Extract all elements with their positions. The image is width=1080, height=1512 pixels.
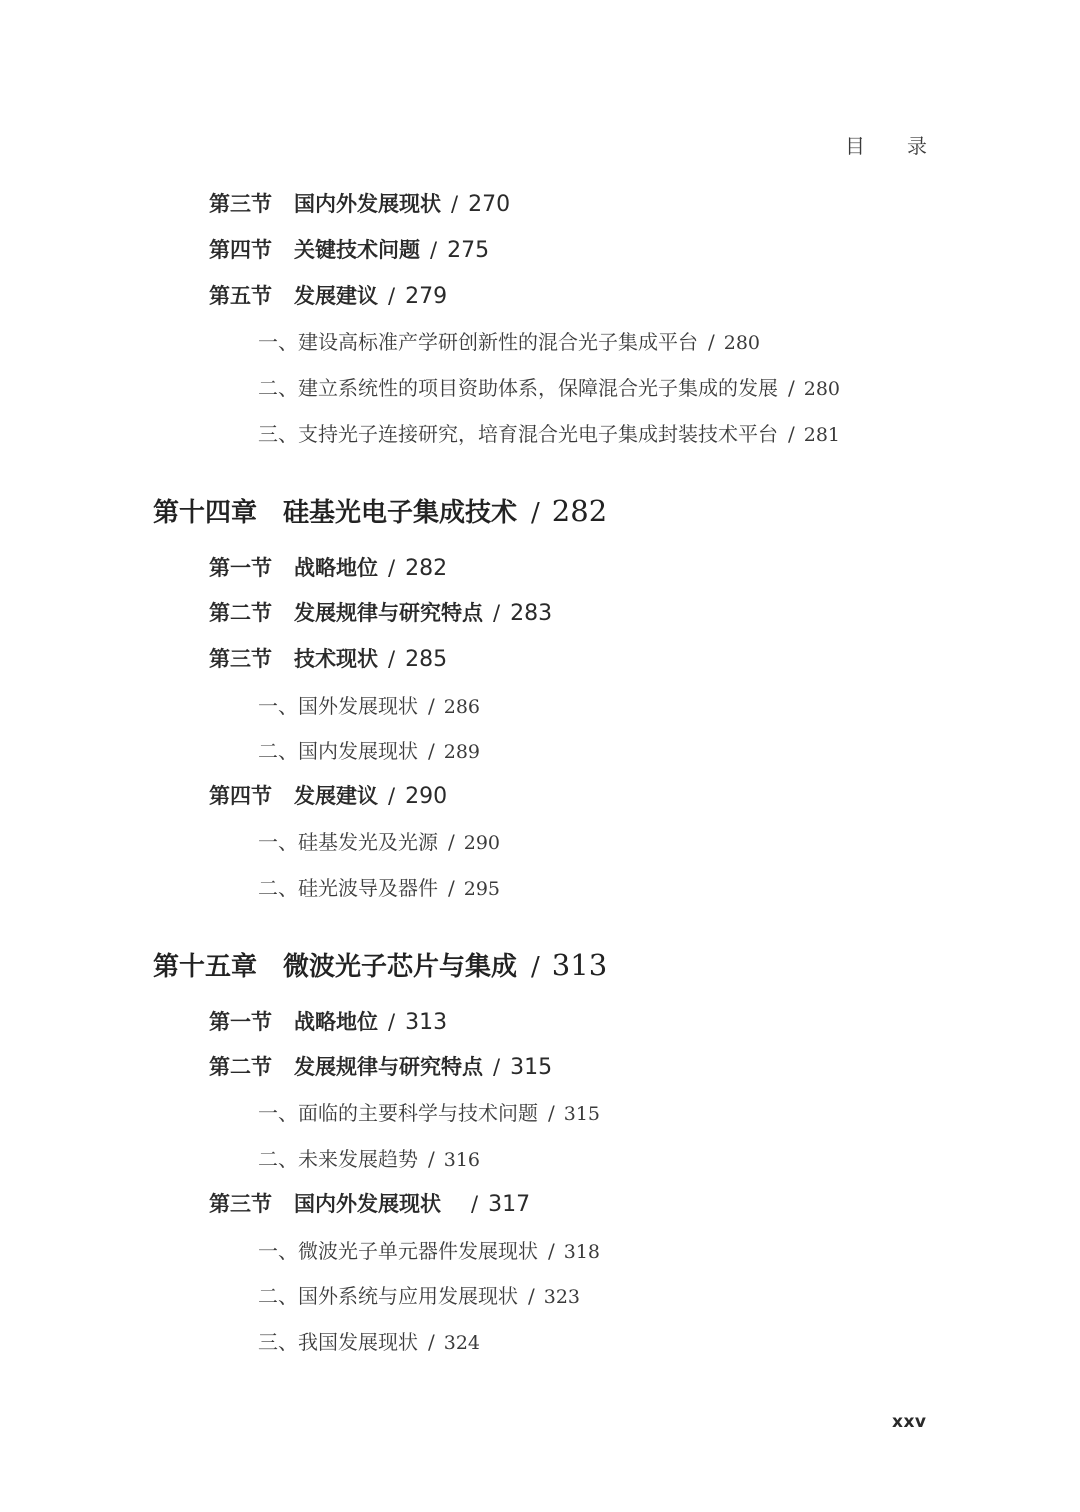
section-number: 第二节 [209, 1051, 272, 1081]
toc-section-entry[interactable]: 第五节 发展建议 / 279 [209, 280, 447, 310]
section-title: 发展规律与研究特点 [294, 1051, 483, 1081]
page-number: 280 [804, 378, 840, 400]
page-number: 313 [552, 948, 607, 982]
separator: / [388, 556, 395, 580]
page-number: 324 [444, 1332, 480, 1354]
toc-subsection-entry[interactable]: 三、我国发展现状 / 324 [258, 1326, 480, 1355]
subsection-title: 一、面临的主要科学与技术问题 [258, 1097, 538, 1126]
page-number: 285 [405, 647, 447, 672]
page-number: 283 [510, 601, 552, 626]
subsection-title: 一、国外发展现状 [258, 690, 418, 719]
section-title: 战略地位 [294, 1006, 378, 1036]
section-title: 发展建议 [294, 280, 378, 310]
toc-section-entry[interactable]: 第一节 战略地位 / 313 [209, 1006, 447, 1036]
toc-subsection-entry[interactable]: 一、建设高标准产学研创新性的混合光子集成平台 / 280 [258, 326, 760, 355]
separator: / [493, 1055, 500, 1079]
toc-section-entry[interactable]: 第二节 发展规律与研究特点 / 315 [209, 1051, 552, 1081]
page-number: 323 [544, 1286, 580, 1308]
separator: / [528, 1284, 535, 1308]
chapter-title: 微波光子芯片与集成 [283, 946, 517, 983]
page-number: 290 [464, 832, 500, 854]
separator: / [493, 601, 500, 625]
section-title: 国内外发展现状 [294, 1188, 441, 1218]
section-title: 战略地位 [294, 552, 378, 582]
toc-chapter-entry[interactable]: 第十四章 硅基光电子集成技术 / 282 [153, 492, 607, 529]
page-number: 318 [564, 1241, 600, 1263]
toc-subsection-entry[interactable]: 三、支持光子连接研究，培育混合光电子集成封装技术平台 / 281 [258, 418, 840, 447]
toc-section-entry[interactable]: 第一节 战略地位 / 282 [209, 552, 447, 582]
toc-section-entry[interactable]: 第三节 技术现状 / 285 [209, 643, 447, 673]
separator: / [548, 1239, 555, 1263]
toc-subsection-entry[interactable]: 二、国外系统与应用发展现状 / 323 [258, 1280, 580, 1309]
separator: / [471, 1192, 478, 1216]
page-number: 280 [724, 332, 760, 354]
subsection-title: 二、未来发展趋势 [258, 1143, 418, 1172]
section-title: 国内外发展现状 [294, 188, 441, 218]
separator: / [448, 830, 455, 854]
separator: / [788, 376, 795, 400]
subsection-title: 二、建立系统性的项目资助体系，保障混合光子集成的发展 [258, 372, 778, 401]
separator: / [708, 330, 715, 354]
section-number: 第三节 [209, 643, 272, 673]
toc-subsection-entry[interactable]: 二、建立系统性的项目资助体系，保障混合光子集成的发展 / 280 [258, 372, 840, 401]
section-number: 第四节 [209, 234, 272, 264]
separator: / [448, 876, 455, 900]
chapter-number: 第十四章 [153, 492, 257, 529]
separator: / [531, 498, 540, 528]
separator: / [428, 694, 435, 718]
separator: / [388, 647, 395, 671]
toc-subsection-entry[interactable]: 一、面临的主要科学与技术问题 / 315 [258, 1097, 600, 1126]
separator: / [548, 1101, 555, 1125]
page-number: 282 [552, 494, 607, 528]
subsection-title: 二、国外系统与应用发展现状 [258, 1280, 518, 1309]
page-number: 286 [444, 696, 480, 718]
section-title: 技术现状 [294, 643, 378, 673]
chapter-title: 硅基光电子集成技术 [283, 492, 517, 529]
section-number: 第三节 [209, 188, 272, 218]
subsection-title: 一、微波光子单元器件发展现状 [258, 1235, 538, 1264]
toc-subsection-entry[interactable]: 一、国外发展现状 / 286 [258, 690, 480, 719]
section-number: 第一节 [209, 552, 272, 582]
section-title: 关键技术问题 [294, 234, 420, 264]
page-number: 275 [447, 238, 489, 263]
separator: / [388, 1010, 395, 1034]
separator: / [428, 1147, 435, 1171]
page-number: 317 [488, 1192, 530, 1217]
subsection-title: 一、建设高标准产学研创新性的混合光子集成平台 [258, 326, 698, 355]
page-folio: xxv [892, 1412, 927, 1432]
toc-section-entry[interactable]: 第四节 发展建议 / 290 [209, 780, 447, 810]
page-number: 281 [804, 424, 840, 446]
section-number: 第三节 [209, 1188, 272, 1218]
subsection-title: 三、我国发展现状 [258, 1326, 418, 1355]
separator: / [531, 952, 540, 982]
toc-section-entry[interactable]: 第三节 国内外发展现状 / 270 [209, 188, 510, 218]
toc-section-entry[interactable]: 第四节 关键技术问题 / 275 [209, 234, 489, 264]
separator: / [430, 238, 437, 262]
toc-subsection-entry[interactable]: 二、未来发展趋势 / 316 [258, 1143, 480, 1172]
page-number: 315 [564, 1103, 600, 1125]
page-number: 315 [510, 1055, 552, 1080]
chapter-number: 第十五章 [153, 946, 257, 983]
section-title: 发展规律与研究特点 [294, 597, 483, 627]
section-number: 第二节 [209, 597, 272, 627]
page-number: 282 [405, 556, 447, 581]
page-number: 279 [405, 284, 447, 309]
subsection-title: 二、国内发展现状 [258, 735, 418, 764]
separator: / [451, 192, 458, 216]
separator: / [388, 784, 395, 808]
section-title: 发展建议 [294, 780, 378, 810]
page-number: 289 [444, 741, 480, 763]
subsection-title: 二、硅光波导及器件 [258, 872, 438, 901]
page-number: 295 [464, 878, 500, 900]
separator: / [428, 739, 435, 763]
toc-subsection-entry[interactable]: 二、硅光波导及器件 / 295 [258, 872, 500, 901]
subsection-title: 一、硅基发光及光源 [258, 826, 438, 855]
section-number: 第五节 [209, 280, 272, 310]
subsection-title: 三、支持光子连接研究，培育混合光电子集成封装技术平台 [258, 418, 778, 447]
separator: / [428, 1330, 435, 1354]
toc-subsection-entry[interactable]: 二、国内发展现状 / 289 [258, 735, 480, 764]
page-number: 290 [405, 784, 447, 809]
table-of-contents: 第三节 国内外发展现状 / 270 第四节 关键技术问题 / 275 第五节 发… [0, 0, 1080, 1512]
toc-section-entry[interactable]: 第三节 国内外发展现状 / 317 [209, 1188, 530, 1218]
separator: / [388, 284, 395, 308]
toc-section-entry[interactable]: 第二节 发展规律与研究特点 / 283 [209, 597, 552, 627]
section-number: 第一节 [209, 1006, 272, 1036]
page-number: 270 [468, 192, 510, 217]
toc-subsection-entry[interactable]: 一、硅基发光及光源 / 290 [258, 826, 500, 855]
page-number: 316 [444, 1149, 480, 1171]
section-number: 第四节 [209, 780, 272, 810]
page-number: 313 [405, 1010, 447, 1035]
toc-chapter-entry[interactable]: 第十五章 微波光子芯片与集成 / 313 [153, 946, 607, 983]
separator: / [788, 422, 795, 446]
toc-subsection-entry[interactable]: 一、微波光子单元器件发展现状 / 318 [258, 1235, 600, 1264]
